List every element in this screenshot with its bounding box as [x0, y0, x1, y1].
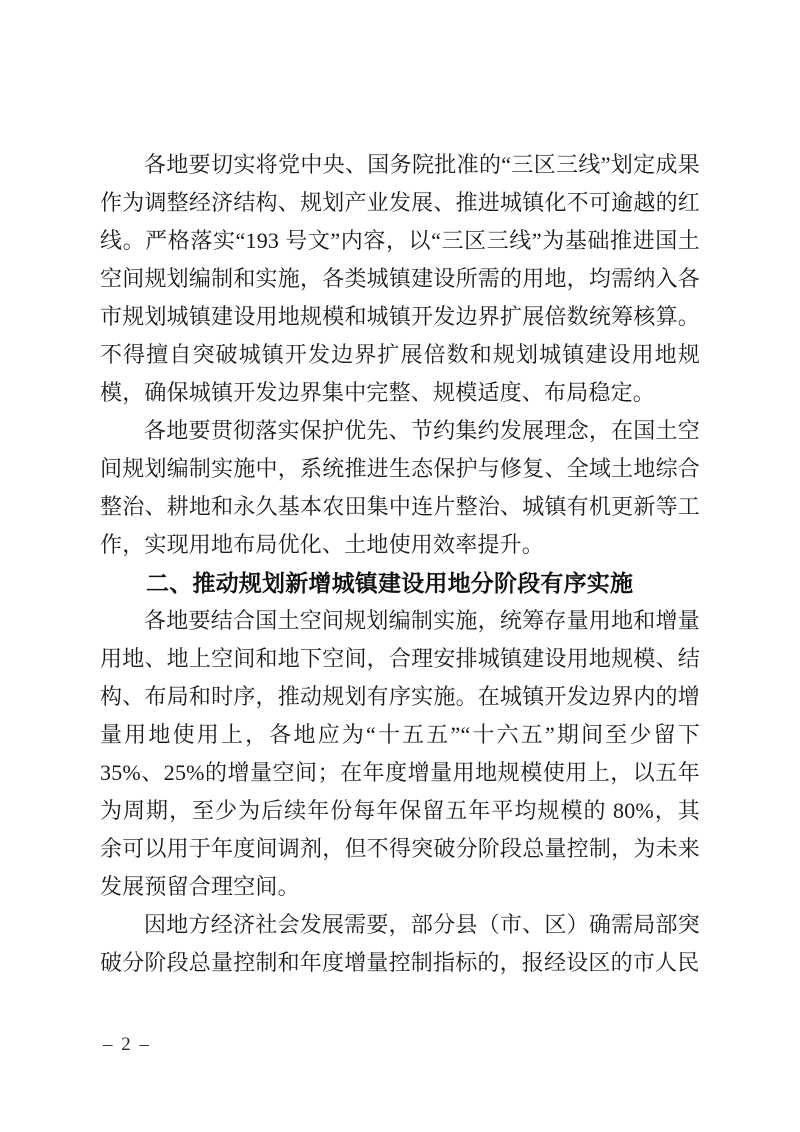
- document-body: 各地要切实将党中央、国务院批准的“三区三线”划定成果作为调整经济结构、规划产业发…: [100, 146, 700, 982]
- page-number: – 2 –: [103, 1034, 151, 1056]
- paragraph-1: 各地要切实将党中央、国务院批准的“三区三线”划定成果作为调整经济结构、规划产业发…: [100, 146, 700, 412]
- paragraph-3: 各地要结合国土空间规划编制实施，统筹存量用地和增量用地、地上空间和地下空间，合理…: [100, 602, 700, 906]
- section-heading: 二、推动规划新增城镇建设用地分阶段有序实施: [100, 564, 700, 602]
- document-page: 各地要切实将党中央、国务院批准的“三区三线”划定成果作为调整经济结构、规划产业发…: [0, 0, 800, 1132]
- paragraph-4: 因地方经济社会发展需要，部分县（市、区）确需局部突破分阶段总量控制和年度增量控制…: [100, 906, 700, 982]
- paragraph-2: 各地要贯彻落实保护优先、节约集约发展理念，在国土空间规划编制实施中，系统推进生态…: [100, 412, 700, 564]
